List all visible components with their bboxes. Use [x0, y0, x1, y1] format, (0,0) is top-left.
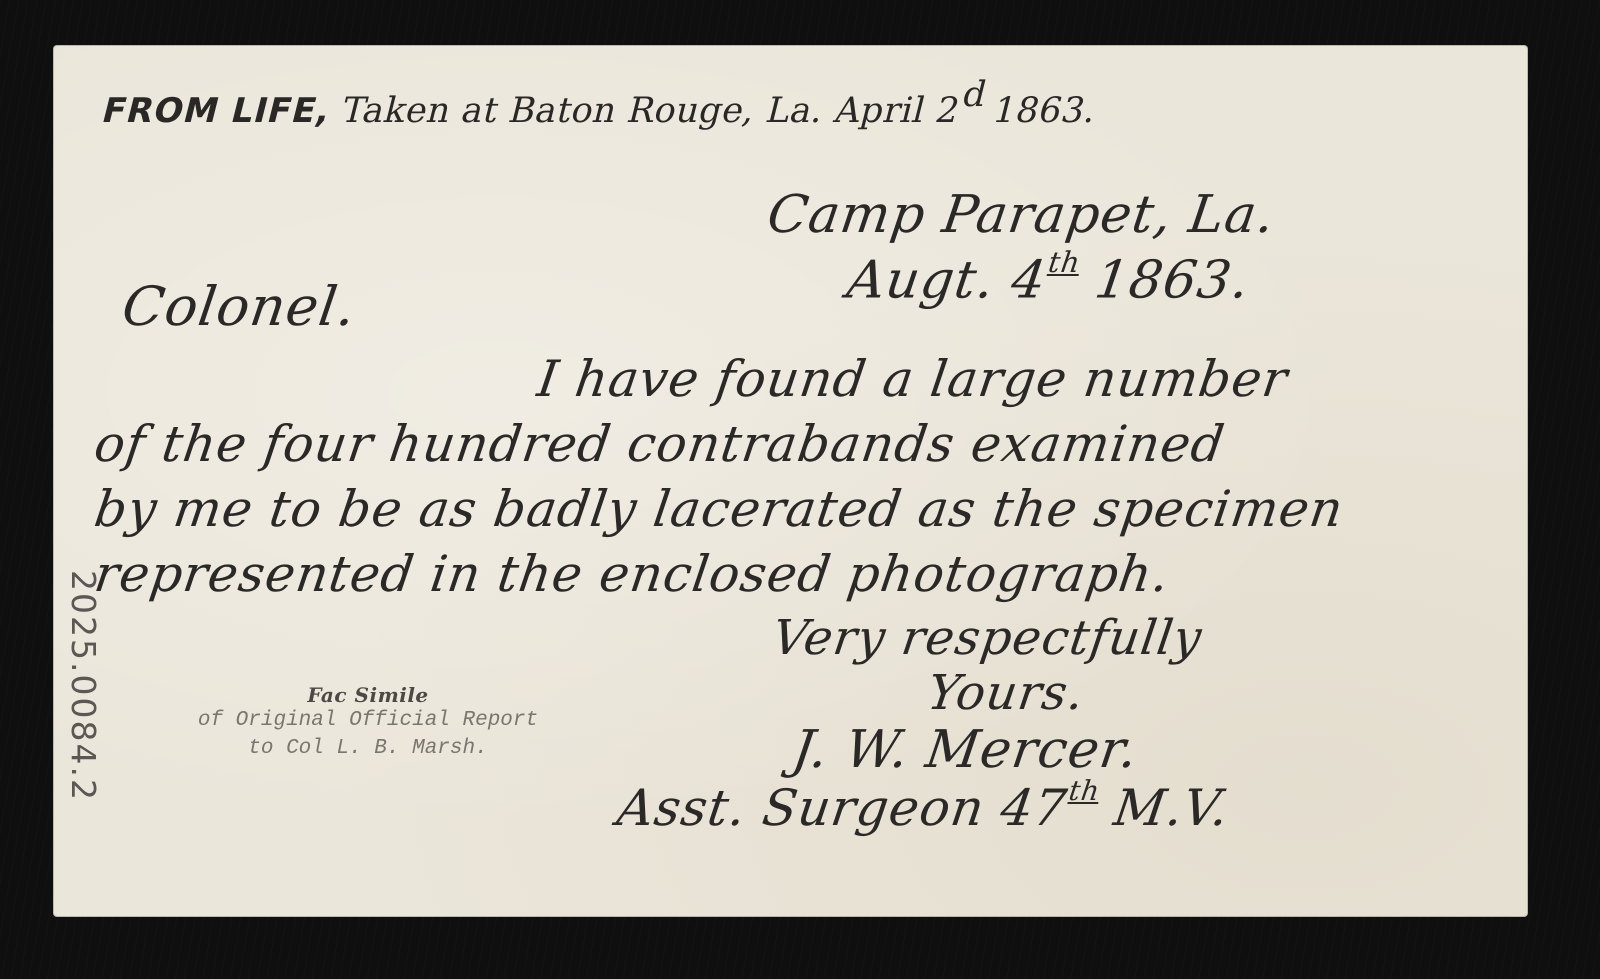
signer-title-prefix: Asst. Surgeon 47 [614, 779, 1071, 837]
header-from-life: FROM LIFE, [98, 91, 336, 131]
letter-date: Augt. 4th 1863. [843, 245, 1254, 311]
letter-date-suffix: th [1046, 245, 1083, 279]
signer-title-suffix: M.V. [1094, 779, 1233, 837]
facsimile-line: to Col L. B. Marsh. [158, 735, 578, 763]
carte-de-visite-card: FROM LIFE, Taken at Baton Rouge, La. Apr… [53, 45, 1528, 917]
letter-salutation: Colonel. [119, 275, 361, 338]
header-year: 1863. [977, 91, 1101, 131]
letter-body-line: by me to be as badly lacerated as the sp… [91, 480, 1347, 538]
letter-date-year: 1863. [1074, 251, 1254, 311]
letter-closing-yours: Yours. [924, 665, 1088, 721]
accession-number: 2025.0084.2 [64, 570, 103, 802]
header-location-date: Taken at Baton Rouge, La. April 2 [326, 91, 965, 131]
printed-header: FROM LIFE, Taken at Baton Rouge, La. Apr… [98, 75, 1105, 131]
letter-closing: Very respectfully [769, 610, 1206, 666]
letter-date-day: Augt. 4 [843, 251, 1050, 311]
signer-title: Asst. Surgeon 47th M.V. [614, 775, 1234, 837]
letter-signature: J. W. Mercer. [789, 720, 1142, 780]
letter-body-line: of the four hundred contrabands examined [91, 415, 1229, 473]
facsimile-caption: Fac Simile of Original Official Report t… [158, 683, 578, 763]
facsimile-title: Fac Simile [158, 683, 578, 707]
letter-body-line: I have found a large number [534, 350, 1292, 408]
letter-place: Camp Parapet, La. [764, 185, 1279, 245]
facsimile-line: of Original Official Report [158, 707, 578, 735]
letter-body-line: represented in the enclosed photograph. [91, 545, 1173, 603]
signer-title-sup: th [1067, 775, 1102, 807]
